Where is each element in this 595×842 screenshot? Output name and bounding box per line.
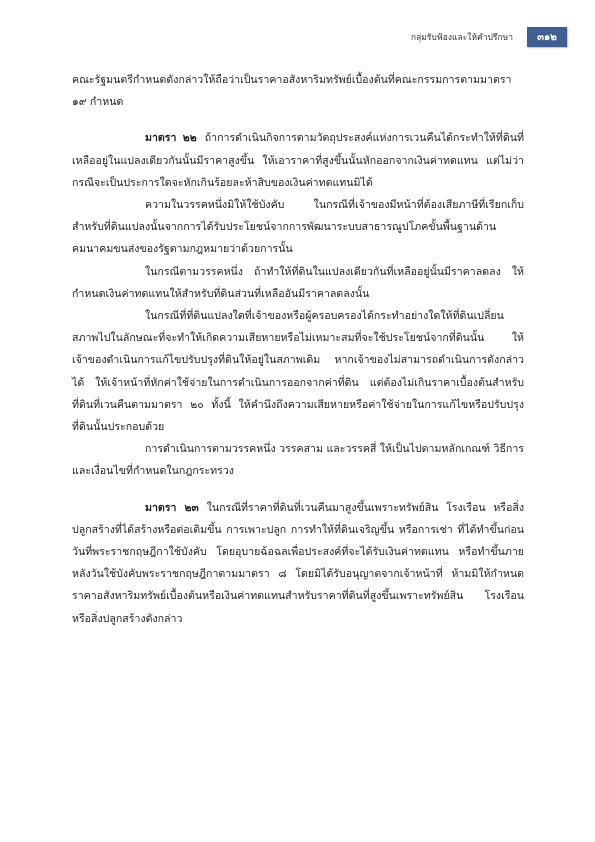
section-23-paragraph: มาตรา ๒๓ในกรณีที่ราคาที่ดินที่เวนคืนมาสู… bbox=[72, 497, 524, 630]
paragraph-text: ถ้าการดำเนินกิจการตามวัตถุประสงค์แห่งการ… bbox=[72, 132, 524, 188]
paragraph-text: การดำเนินการตามวรรคหนึ่ง วรรคสาม และวรรค… bbox=[72, 443, 524, 477]
section-heading: มาตรา ๒๓ bbox=[145, 502, 199, 514]
paragraph: ในกรณีที่ที่ดินแปลงใดที่เจ้าของหรือผู้คร… bbox=[72, 305, 524, 438]
section-heading: มาตรา ๒๒ bbox=[145, 132, 197, 144]
paragraph-text: ในกรณีตามวรรคหนึ่ง ถ้าทำให้ที่ดินในแปลงเ… bbox=[72, 266, 524, 300]
paragraph: ในกรณีตามวรรคหนึ่ง ถ้าทำให้ที่ดินในแปลงเ… bbox=[72, 261, 524, 305]
section-22-paragraph: มาตรา ๒๒ถ้าการดำเนินกิจการตามวัตถุประสงค… bbox=[72, 127, 524, 194]
paragraph-text: ความในวรรคหนึ่งมิให้ใช้บังคับ ในกรณีที่เ… bbox=[72, 199, 524, 255]
paragraph: ความในวรรคหนึ่งมิให้ใช้บังคับ ในกรณีที่เ… bbox=[72, 194, 524, 261]
paragraph: การดำเนินการตามวรรคหนึ่ง วรรคสาม และวรรค… bbox=[72, 438, 524, 482]
paragraph-text: ในกรณีที่ที่ดินแปลงใดที่เจ้าของหรือผู้คร… bbox=[72, 310, 524, 433]
paragraph-text: ในกรณีที่ราคาที่ดินที่เวนคืนมาสูงขึ้นเพร… bbox=[72, 502, 524, 625]
page-number-badge: ๓๑๒ bbox=[527, 27, 567, 47]
paragraph-continuation: คณะรัฐมนตรีกำหนดดังกล่าวให้ถือว่าเป็นราค… bbox=[72, 69, 524, 113]
paragraph-text: คณะรัฐมนตรีกำหนดดังกล่าวให้ถือว่าเป็นราค… bbox=[72, 74, 512, 108]
page-header: กลุ่มรับฟ้องและให้คำปรึกษา ๓๑๒ bbox=[411, 27, 567, 47]
header-department-label: กลุ่มรับฟ้องและให้คำปรึกษา bbox=[411, 30, 513, 44]
document-body: คณะรัฐมนตรีกำหนดดังกล่าวให้ถือว่าเป็นราค… bbox=[72, 69, 524, 630]
